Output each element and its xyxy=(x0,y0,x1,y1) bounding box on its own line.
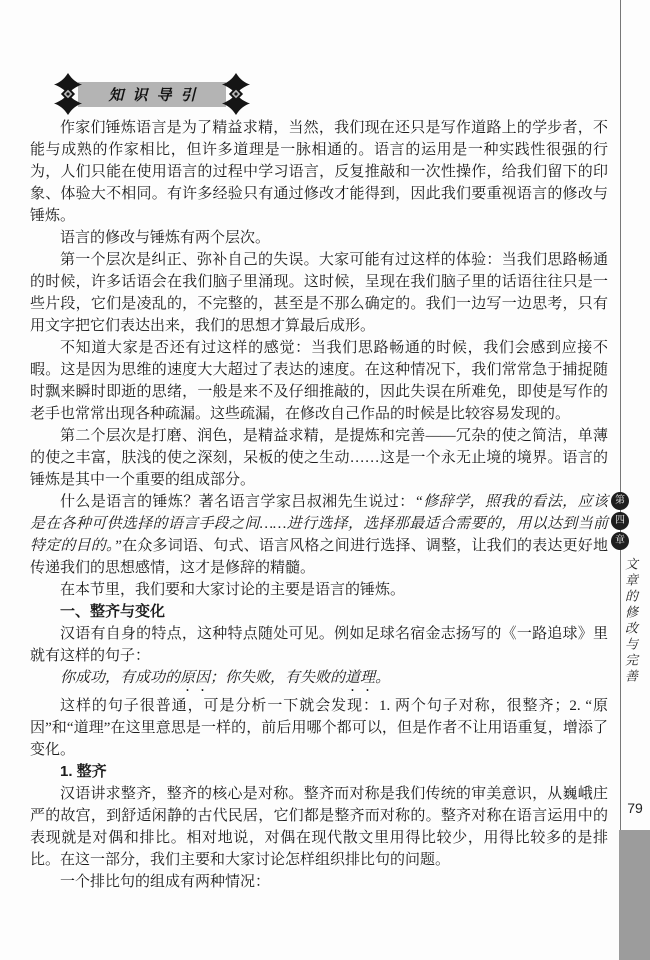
example-sentence: 你成功，有成功的原因；你失败，有失败的道理。 xyxy=(30,667,608,695)
chapter-badge-char: 第 xyxy=(611,492,629,510)
chapter-title: 文章的修改与完善 xyxy=(621,557,640,702)
paragraph-thought-speed: 不知道大家是否还有过这样的感觉：当我们思路畅通的时候，我们会感到应接不暇。这是因… xyxy=(30,337,608,425)
chapter-badge-char: 章 xyxy=(611,532,629,550)
text-run: 。 xyxy=(375,670,390,686)
text-run: 什么是语言的锤炼？著名语言学家吕叔湘先生说过： xyxy=(60,494,415,510)
paragraph-levels: 语言的修改与锤炼有两个层次。 xyxy=(30,227,608,249)
text-run: 你成功，有成功的 xyxy=(60,670,180,686)
paragraph-intro: 作家们锤炼语言是为了精益求精，当然，我们现在还只是写作道路上的学步者，不能与成熟… xyxy=(30,117,608,227)
section-heading-uniformity-variation: 一、整齐与变化 xyxy=(30,601,608,623)
paragraph-parallel-intro: 一个排比句的组成有两种情况： xyxy=(30,871,608,893)
paragraph-lv-shuxiang-quote: 什么是语言的锤炼？著名语言学家吕叔湘先生说过：“修辞学，照我的看法，应该是在各种… xyxy=(30,491,608,579)
paragraph-analysis: 这样的句子很普通，可是分析一下就会发现：1. 两个句子对称，很整齐；2. “原因… xyxy=(30,695,608,761)
page-edge-block xyxy=(619,830,650,960)
sidebar-divider xyxy=(620,0,621,830)
book-page: 知识导引 作家们锤炼语言是为了精益求精，当然，我们现在还只是写作道路上的学步者，… xyxy=(0,0,650,960)
subsection-heading-uniformity: 1. 整齐 xyxy=(30,761,608,783)
emphasized-word: 道理 xyxy=(345,670,375,686)
paragraph-symmetry: 汉语讲求整齐，整齐的核心是对称。整齐而对称是我们传统的审美意识，从巍峨庄严的故宫… xyxy=(30,783,608,871)
paragraph-level-two: 第二个层次是打磨、润色，是精益求精，是提炼和完善——冗杂的使之简洁，单薄的使之丰… xyxy=(30,425,608,491)
paragraph-level-one: 第一个层次是纠正、弥补自己的失误。大家可能有过这样的体验：当我们思路畅通的时候，… xyxy=(30,249,608,337)
paragraph-section-intro: 在本节里，我们要和大家讨论的主要是语言的锤炼。 xyxy=(30,579,608,601)
section-banner: 知识导引 xyxy=(58,72,246,116)
chapter-badge: 第 四 章 xyxy=(611,492,629,552)
floral-ornament-right-icon xyxy=(221,73,251,115)
section-banner-title: 知识导引 xyxy=(78,82,226,107)
body-text: 作家们锤炼语言是为了精益求精，当然，我们现在还只是写作道路上的学步者，不能与成熟… xyxy=(30,117,608,893)
page-number: 79 xyxy=(621,800,649,816)
text-run: ；你失败，有失败的 xyxy=(210,670,345,686)
chapter-badge-char: 四 xyxy=(611,512,629,530)
floral-ornament-left-icon xyxy=(53,73,83,115)
paragraph-chinese-features: 汉语有自身的特点，这种特点随处可见。例如足球名宿金志扬写的《一路追球》里就有这样… xyxy=(30,623,608,667)
emphasized-word: 原因 xyxy=(180,670,210,686)
